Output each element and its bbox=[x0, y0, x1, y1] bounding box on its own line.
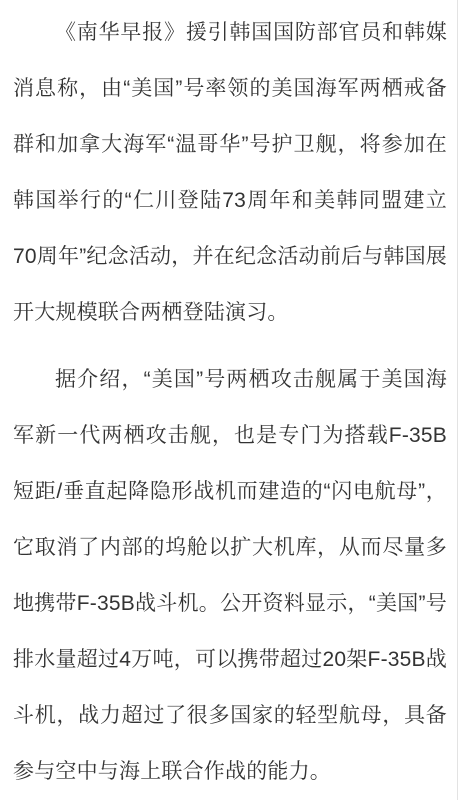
article-page: 《南华早报》援引韩国国防部官员和韩媒消息称，由“美国”号率领的美国海军两栖戒备群… bbox=[0, 0, 460, 800]
page-edge-divider bbox=[457, 0, 458, 800]
article-paragraph-2: 据介绍，“美国”号两栖攻击舰属于美国海军新一代两栖攻击舰，也是专门为搭载F-35… bbox=[13, 352, 447, 800]
article-paragraph-1: 《南华早报》援引韩国国防部官员和韩媒消息称，由“美国”号率领的美国海军两栖戒备群… bbox=[13, 5, 447, 341]
article-body: 《南华早报》援引韩国国防部官员和韩媒消息称，由“美国”号率领的美国海军两栖戒备群… bbox=[0, 0, 460, 800]
